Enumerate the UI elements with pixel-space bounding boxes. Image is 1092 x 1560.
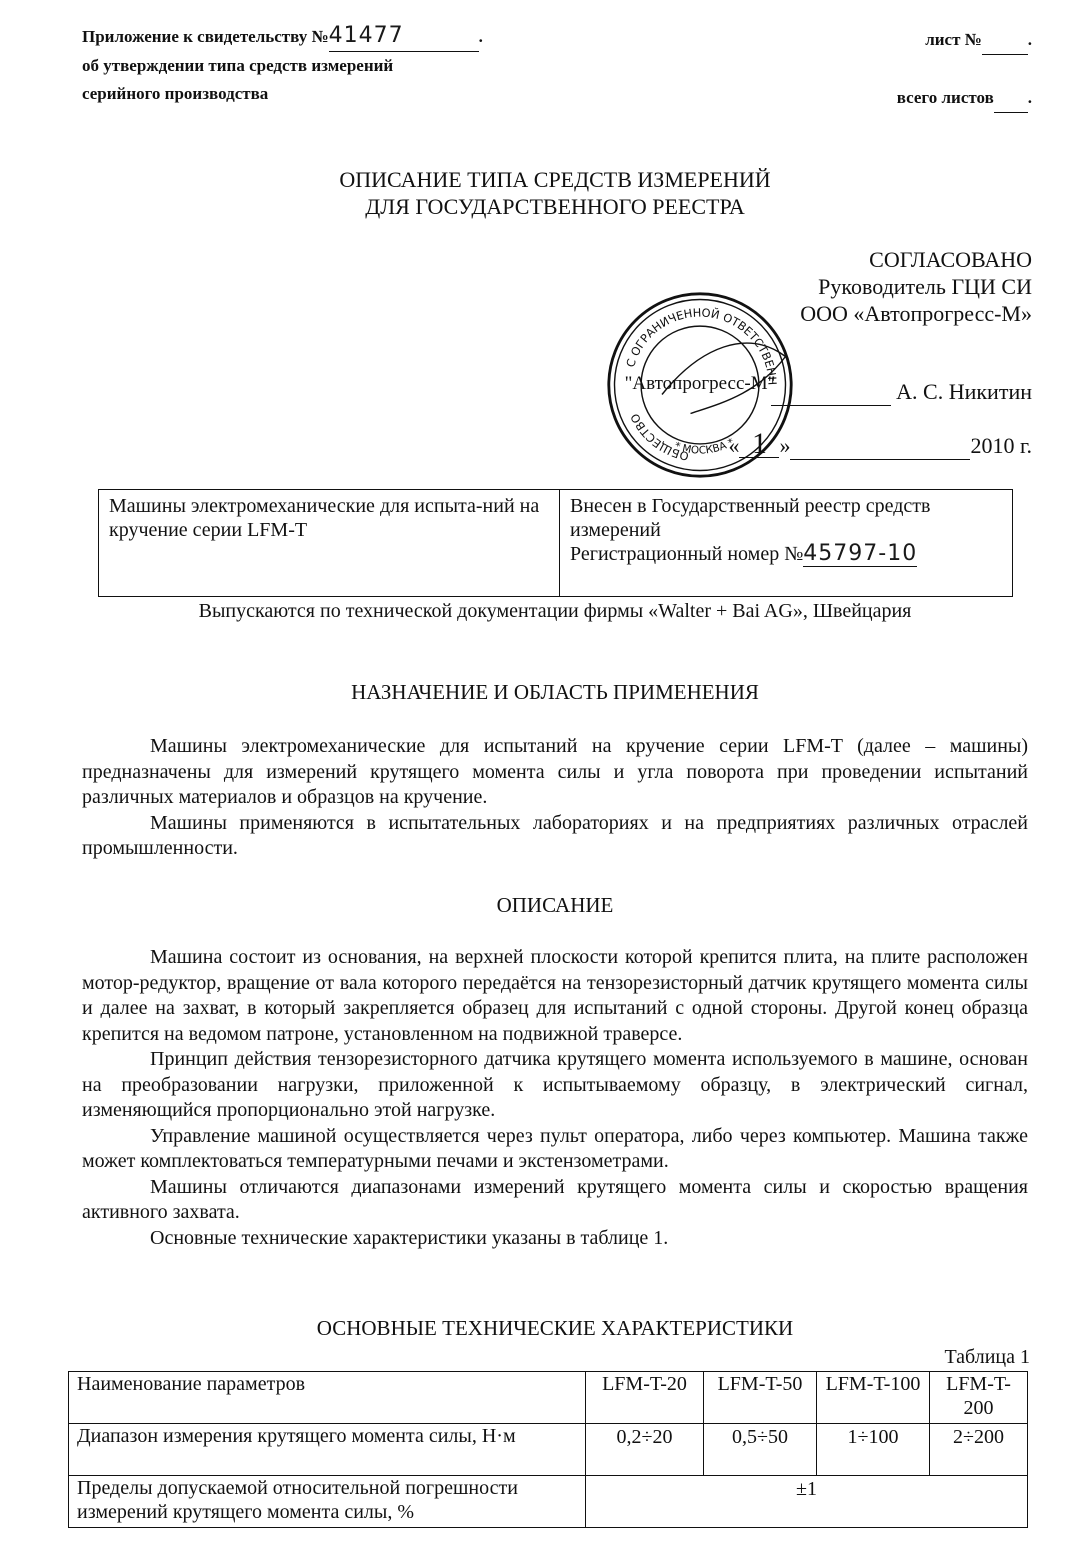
registry-table: Машины электромеханические для испыта-ни… [98,489,1013,597]
sheet-number-blank [982,26,1028,55]
header-cell: LFM-T-50 [704,1372,817,1424]
description-text: Машина состоит из основания, на верхней … [82,945,1028,1251]
table-header-row: Наименование параметров LFM-T-20 LFM-T-5… [69,1372,1028,1424]
svg-text:* МОСКВА *: * МОСКВА * [673,436,737,456]
approval-block: СОГЛАСОВАНО Руководитель ГЦИ СИ ООО «Авт… [800,246,1032,327]
specs-table: Наименование параметров LFM-T-20 LFM-T-5… [68,1371,1028,1528]
certificate-line: Приложение к свидетельству №41477. [82,22,483,52]
table-row: Диапазон измерения крутящего момента сил… [69,1424,1028,1476]
table-row: Пределы допускаемой относительной погреш… [69,1476,1028,1528]
total-sheets: всего листов . [897,84,1032,113]
manufacturer-note: Выпускаются по технической документации … [0,600,1092,623]
total-sheets-blank [994,84,1028,113]
header-cell: LFM-T-20 [586,1372,704,1424]
stamp-icon: С ОГРАНИЧЕННОЙ ОТВЕТСТВЕННОСТЬЮ ОБЩЕСТВО… [605,290,795,480]
registry-info-cell: Внесен в Государственный реестр средств … [560,490,1013,597]
header-cell: LFM-T-200 [930,1372,1028,1424]
purpose-text: Машины электромеханические для испытаний… [82,734,1028,862]
header-left: Приложение к свидетельству №41477. об ут… [82,22,483,108]
purpose-heading: НАЗНАЧЕНИЕ И ОБЛАСТЬ ПРИМЕНЕНИЯ [0,680,1092,705]
description-heading: ОПИСАНИЕ [0,893,1092,918]
document-title: ОПИСАНИЕ ТИПА СРЕДСТВ ИЗМЕРЕНИЙ ДЛЯ ГОСУ… [0,166,1092,220]
certificate-number-field: 41477 [329,22,479,52]
svg-text:"Автопрогресс-М": "Автопрогресс-М" [625,373,776,394]
header-line3: серийного производства [82,80,483,108]
specs-heading: ОСНОВНЫЕ ТЕХНИЧЕСКИЕ ХАРАКТЕРИСТИКИ [0,1316,1092,1341]
svg-text:С ОГРАНИЧЕННОЙ ОТВЕТСТВЕННОСТЬ: С ОГРАНИЧЕННОЙ ОТВЕТСТВЕННОСТЬЮ [605,290,780,386]
official-stamp: С ОГРАНИЧЕННОЙ ОТВЕТСТВЕННОСТЬЮ ОБЩЕСТВО… [605,290,795,485]
header-line2: об утверждении типа средств измерений [82,52,483,80]
svg-text:ОБЩЕСТВО: ОБЩЕСТВО [627,411,690,463]
product-name-cell: Машины электромеханические для испыта-ни… [99,490,560,597]
header-cell: LFM-T-100 [817,1372,930,1424]
registration-number: Регистрационный номер №45797-10 [570,542,1002,567]
header-cell: Наименование параметров [69,1372,586,1424]
signatory-line: А. С. Никитин [771,378,1032,406]
sheet-number: лист № . [925,26,1032,55]
table-label: Таблица 1 [944,1346,1030,1369]
